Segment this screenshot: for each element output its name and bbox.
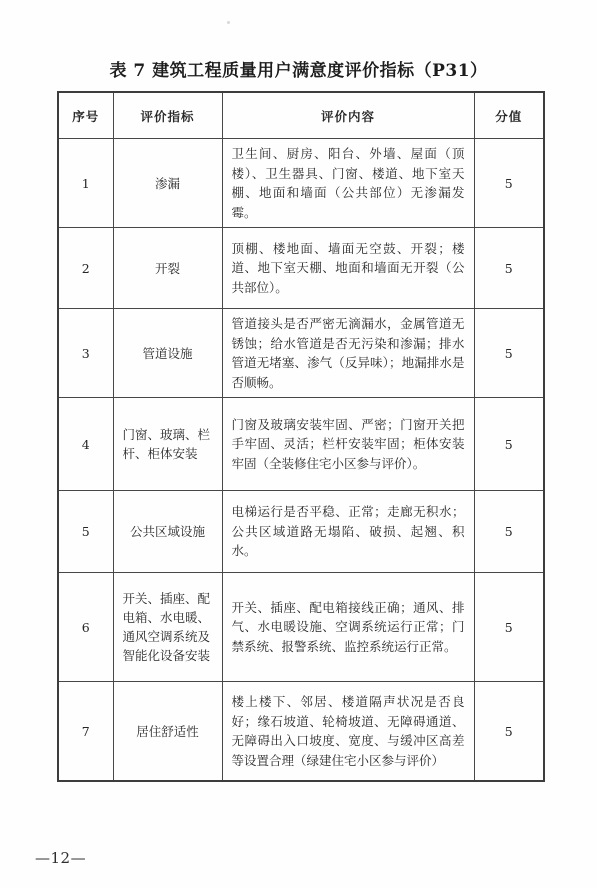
row-indicator: 管道设施 xyxy=(113,309,222,398)
row-no: 6 xyxy=(58,573,113,682)
row-score: 5 xyxy=(474,491,544,573)
row-content: 卫生间、厨房、阳台、外墙、屋面（顶楼）、卫生器具、门窗、楼道、地下室天棚、地面和… xyxy=(222,139,474,228)
row-indicator: 公共区域设施 xyxy=(113,491,222,573)
row-no: 3 xyxy=(58,309,113,398)
row-no: 5 xyxy=(58,491,113,573)
table-row: 7 居住舒适性 楼上楼下、邻居、楼道隔声状况是否良好；缘石坡道、轮椅坡道、无障碍… xyxy=(58,682,544,782)
table-row: 4 门窗、玻璃、栏杆、柜体安装 门窗及玻璃安装牢固、严密；门窗开关把手牢固、灵活… xyxy=(58,398,544,491)
row-content: 开关、插座、配电箱接线正确；通风、排气、水电暖设施、空调系统运行正常；门禁系统、… xyxy=(222,573,474,682)
row-indicator: 开关、插座、配电箱、水电暖、通风空调系统及智能化设备安装 xyxy=(113,573,222,682)
row-indicator: 居住舒适性 xyxy=(113,682,222,782)
evaluation-table: 序号 评价指标 评价内容 分值 1 渗漏 卫生间、厨房、阳台、外墙、屋面（顶楼）… xyxy=(57,91,545,782)
row-no: 7 xyxy=(58,682,113,782)
row-score: 5 xyxy=(474,309,544,398)
row-no: 4 xyxy=(58,398,113,491)
table-row: 6 开关、插座、配电箱、水电暖、通风空调系统及智能化设备安装 开关、插座、配电箱… xyxy=(58,573,544,682)
page-title: 表 7 建筑工程质量用户满意度评价指标（P31） xyxy=(0,56,597,81)
table-row: 1 渗漏 卫生间、厨房、阳台、外墙、屋面（顶楼）、卫生器具、门窗、楼道、地下室天… xyxy=(58,139,544,228)
table-row: 5 公共区域设施 电梯运行是否平稳、正常；走廊无积水；公共区域道路无塌陷、破损、… xyxy=(58,491,544,573)
header-score: 分值 xyxy=(474,92,544,139)
row-score: 5 xyxy=(474,139,544,228)
row-indicator: 门窗、玻璃、栏杆、柜体安装 xyxy=(113,398,222,491)
row-content: 顶棚、楼地面、墙面无空鼓、开裂；楼道、地下室天棚、地面和墙面无开裂（公共部位）。 xyxy=(222,228,474,309)
header-no: 序号 xyxy=(58,92,113,139)
row-content: 电梯运行是否平稳、正常；走廊无积水；公共区域道路无塌陷、破损、起翘、积水。 xyxy=(222,491,474,573)
row-score: 5 xyxy=(474,682,544,782)
row-score: 5 xyxy=(474,228,544,309)
row-content: 管道接头是否严密无滴漏水，金属管道无锈蚀；给水管道是否无污染和渗漏；排水管道无堵… xyxy=(222,309,474,398)
row-indicator: 渗漏 xyxy=(113,139,222,228)
scan-speckle xyxy=(227,21,230,24)
table-header-row: 序号 评价指标 评价内容 分值 xyxy=(58,92,544,139)
row-no: 1 xyxy=(58,139,113,228)
table-row: 2 开裂 顶棚、楼地面、墙面无空鼓、开裂；楼道、地下室天棚、地面和墙面无开裂（公… xyxy=(58,228,544,309)
page-number: —12— xyxy=(35,849,86,867)
row-score: 5 xyxy=(474,398,544,491)
row-content: 楼上楼下、邻居、楼道隔声状况是否良好；缘石坡道、轮椅坡道、无障碍通道、无障碍出入… xyxy=(222,682,474,782)
row-indicator: 开裂 xyxy=(113,228,222,309)
header-indicator: 评价指标 xyxy=(113,92,222,139)
table-row: 3 管道设施 管道接头是否严密无滴漏水，金属管道无锈蚀；给水管道是否无污染和渗漏… xyxy=(58,309,544,398)
header-content: 评价内容 xyxy=(222,92,474,139)
row-no: 2 xyxy=(58,228,113,309)
row-content: 门窗及玻璃安装牢固、严密；门窗开关把手牢固、灵活；栏杆安装牢固；柜体安装牢固（全… xyxy=(222,398,474,491)
row-score: 5 xyxy=(474,573,544,682)
